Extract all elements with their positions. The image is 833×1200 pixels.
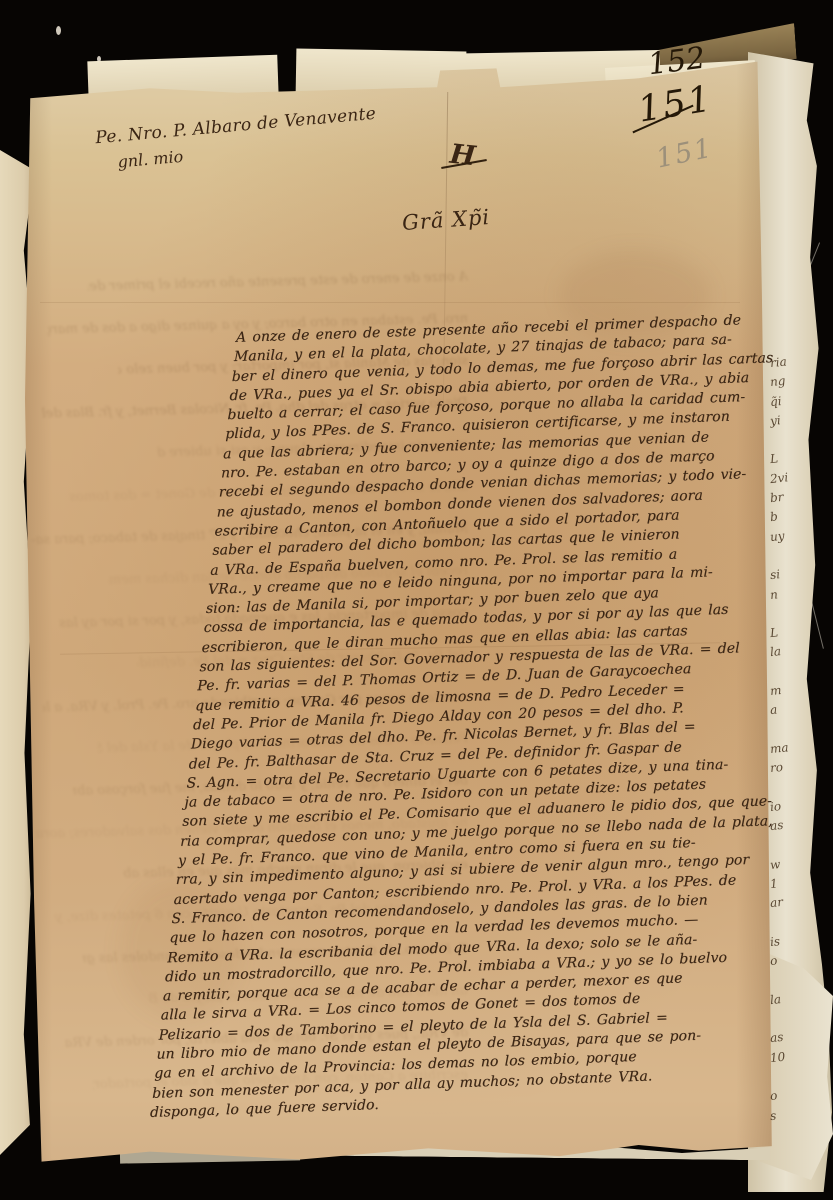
manuscript-scan: A onze de enero de este presente año rec… <box>0 0 833 1200</box>
crossed-mark: H <box>448 139 477 172</box>
dust-speck <box>56 26 61 35</box>
folio-number-152: 152 <box>646 41 707 83</box>
next-page-edge-fragments: riangq̃iyiL2vibrbuysinLlamamaroioasw1ari… <box>770 352 812 1124</box>
edge-fragment: s <box>770 1102 812 1123</box>
letter-body: A onze de enero de este presente año rec… <box>148 309 798 1123</box>
